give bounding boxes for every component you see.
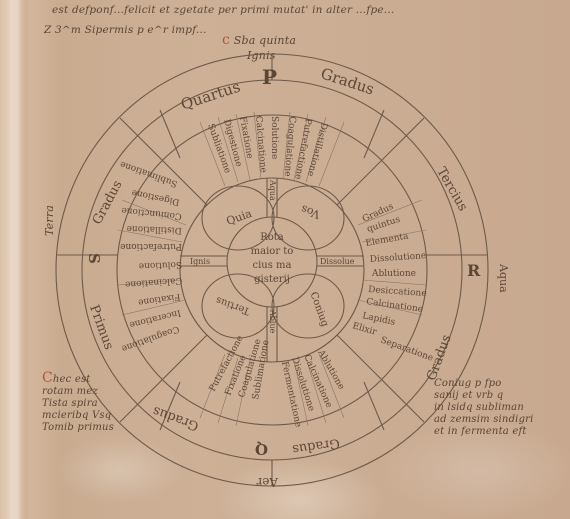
right-note-line-4: ad zemsim sindigri bbox=[434, 414, 534, 425]
svg-text:Rota: Rota bbox=[260, 232, 284, 243]
svg-text:Solutione: Solutione bbox=[139, 259, 183, 271]
svg-text:Digestione: Digestione bbox=[131, 187, 181, 207]
svg-text:Calcinatione: Calcinatione bbox=[253, 115, 268, 173]
svg-text:cius ma: cius ma bbox=[253, 260, 292, 271]
svg-text:Calcinatione: Calcinatione bbox=[366, 297, 424, 315]
petal-label-top-right: Vos bbox=[299, 202, 323, 221]
element-label-aqua: Aqua bbox=[497, 263, 510, 293]
ring-bottom-symbol: Q bbox=[255, 440, 268, 458]
right-marginal-note: Coniug p fpo sanij et vrb q in lsidq sub… bbox=[434, 378, 534, 438]
svg-text:Ablutione: Ablutione bbox=[371, 269, 416, 279]
right-note-line-5: et in fermenta eft bbox=[434, 426, 527, 437]
svg-text:gisterij: gisterij bbox=[254, 274, 290, 285]
sector-left-text: Sublimatione Digestione Coniunctione Dis… bbox=[119, 159, 183, 354]
petal-label-top-left: Quia bbox=[225, 207, 254, 228]
svg-text:Coagulatione: Coagulatione bbox=[120, 323, 180, 353]
spoke-label-bottom: Ablue bbox=[268, 309, 277, 334]
right-note-line-2: sanij et vrb q bbox=[434, 390, 503, 401]
ring-top-symbol: P bbox=[262, 65, 277, 89]
spoke-label-right: Dissolue bbox=[320, 257, 355, 266]
ring-top-left-label: Quartus bbox=[179, 78, 243, 114]
left-marginal-note: Chec est rotam mez Tista spira mcieribq … bbox=[42, 372, 114, 434]
ring-bottom-label: Gradus bbox=[291, 435, 340, 456]
ring-top-right-label: Gradus bbox=[319, 64, 377, 98]
ring-left-upper-label: Gradus bbox=[90, 178, 126, 227]
petal-label-bottom-left: Tertius bbox=[215, 294, 252, 316]
svg-text:Sublimatione: Sublimatione bbox=[119, 159, 179, 189]
svg-text:Desiccatione: Desiccatione bbox=[368, 285, 427, 299]
left-note-line-3: Tista spira bbox=[42, 398, 98, 409]
svg-text:Fixatione: Fixatione bbox=[137, 291, 181, 307]
spoke-label-left: Ignis bbox=[190, 257, 210, 266]
right-note-line-3: in lsidq subliman bbox=[434, 402, 524, 413]
rota-diagram: Quartus P Gradus Tercius R Gradus Q Grad… bbox=[0, 0, 570, 519]
left-note-line-2: rotam mez bbox=[42, 386, 98, 397]
petal-label-bottom-right: Coniug bbox=[308, 290, 331, 328]
element-label-aer: Aer bbox=[256, 475, 279, 489]
right-note-line-1: Coniug p fpo bbox=[434, 378, 501, 389]
svg-text:Elementa: Elementa bbox=[365, 231, 410, 248]
svg-text:Calcinatione: Calcinatione bbox=[125, 275, 183, 289]
ring-right-symbol: R bbox=[467, 261, 481, 280]
left-note-line-5: Tomib primus bbox=[42, 422, 114, 433]
svg-text:Putrefactione: Putrefactione bbox=[120, 241, 182, 251]
left-note-line-1: hec est bbox=[53, 374, 91, 385]
element-label-terra: Terra bbox=[44, 205, 56, 236]
svg-text:Distillatione: Distillatione bbox=[126, 223, 182, 235]
manuscript-page: est defponf...felicit et zgetate per pri… bbox=[0, 0, 570, 519]
ring-left-symbol: S bbox=[85, 253, 103, 264]
rubric-initial: C bbox=[42, 370, 53, 386]
svg-text:Coniunctione: Coniunctione bbox=[121, 205, 182, 221]
svg-text:maior to: maior to bbox=[251, 246, 294, 257]
center-text: Rota maior to cius ma gisterij bbox=[251, 232, 294, 285]
left-note-line-4: mcieribq Vsq bbox=[42, 410, 111, 421]
svg-text:Separatione: Separatione bbox=[379, 335, 434, 363]
svg-text:Elixir: Elixir bbox=[351, 321, 378, 338]
svg-text:Solutione: Solutione bbox=[269, 116, 279, 159]
ring-bottom-left-label: Gradus bbox=[151, 403, 201, 433]
spoke-label-top: Aqua bbox=[268, 179, 277, 201]
sector-top-text: Subliatione Digestione Fixatione Calcina… bbox=[205, 115, 329, 180]
svg-text:Dissolutione: Dissolutione bbox=[370, 251, 427, 265]
